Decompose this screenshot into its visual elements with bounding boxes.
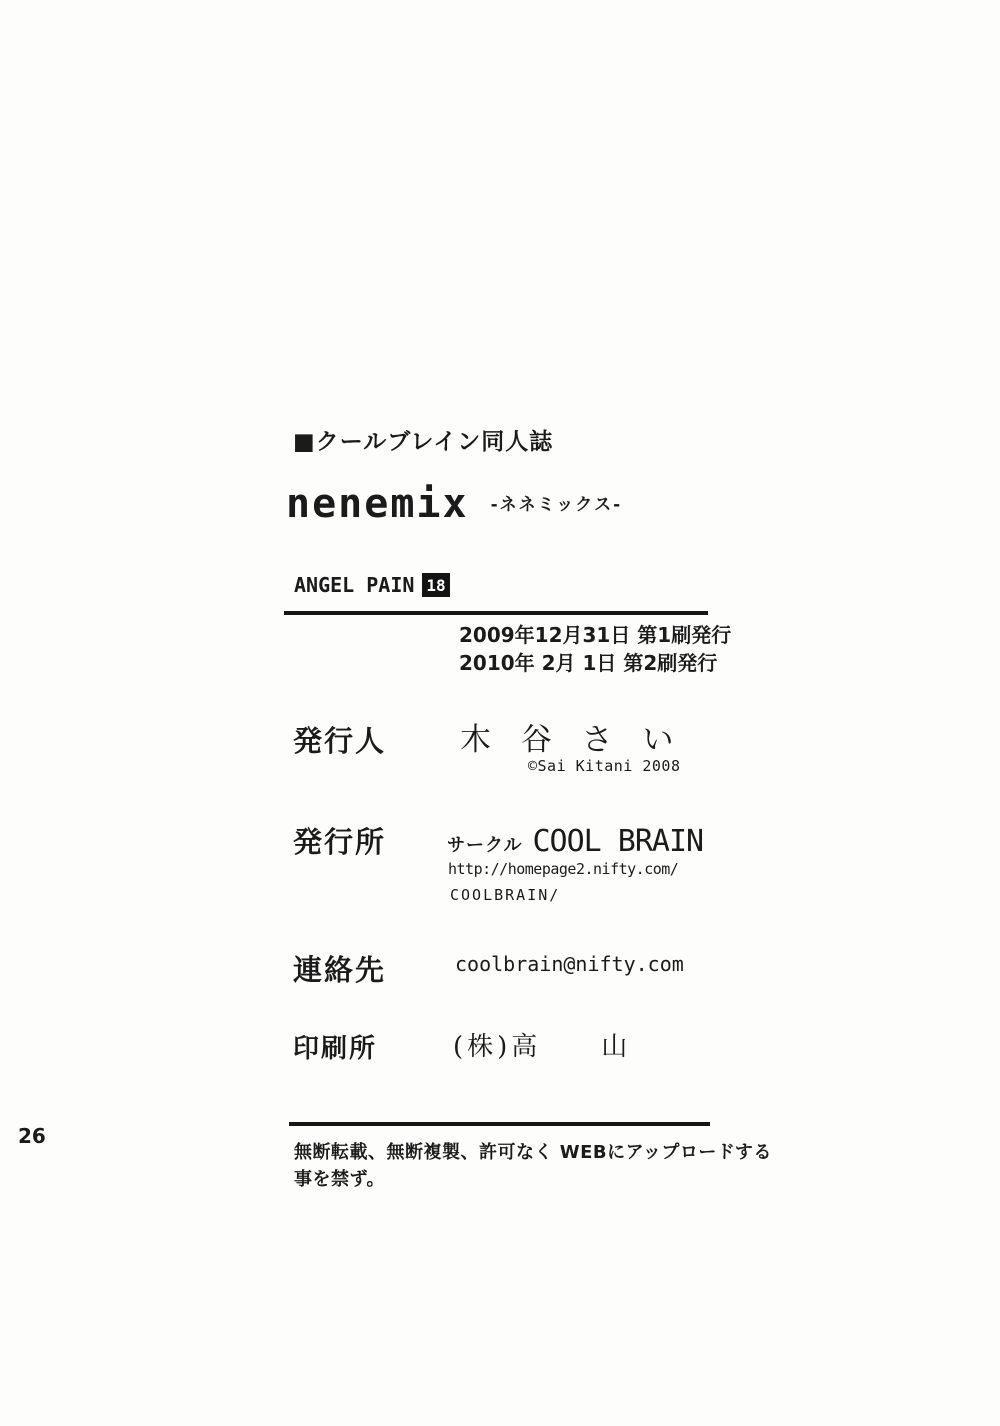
notice-line-2: 事を禁ず。 xyxy=(294,1166,772,1193)
series-number-badge: 18 xyxy=(422,573,449,597)
page-number: 26 xyxy=(18,1124,46,1148)
circle-doujin-heading: ■クールブレイン同人誌 xyxy=(293,423,553,456)
divider-bottom xyxy=(289,1122,710,1126)
contact-email: coolbrain@nifty.com xyxy=(455,952,684,976)
printer-name: (株)高 山 xyxy=(453,1026,631,1063)
circle-prefix: サークル xyxy=(447,831,522,857)
edition-dates: 2009年12月31日 第1刷発行 2010年 2月 1日 第2刷発行 xyxy=(459,621,731,677)
edition-line-second: 2010年 2月 1日 第2刷発行 xyxy=(459,649,731,677)
book-title: nenemix xyxy=(286,481,469,527)
series-row: ANGEL PAIN18 xyxy=(294,573,450,597)
colophon-page: ■クールブレイン同人誌 nenemix-ネネミックス- ANGEL PAIN18… xyxy=(0,0,1000,1426)
publisher-name: 木 谷 さ い xyxy=(460,714,684,759)
series-name: ANGEL PAIN xyxy=(294,573,414,597)
reproduction-notice: 無断転載、無断複製、許可なく WEBにアップロードする 事を禁ず。 xyxy=(294,1139,772,1193)
label-printer: 印刷所 xyxy=(293,1028,377,1065)
divider-top xyxy=(284,611,708,615)
circle-url-line1: http://homepage2.nifty.com/ xyxy=(448,860,678,878)
book-title-kana: -ネネミックス- xyxy=(491,495,623,515)
label-contact: 連絡先 xyxy=(293,948,386,989)
circle-name: COOL BRAIN xyxy=(532,824,703,859)
circle-value-row: サークル COOL BRAIN xyxy=(447,824,703,859)
label-publishing-office: 発行所 xyxy=(293,820,386,861)
copyright-line: ©Sai Kitani 2008 xyxy=(528,757,681,775)
edition-line-first: 2009年12月31日 第1刷発行 xyxy=(459,621,731,649)
circle-url-line2: COOLBRAIN/ xyxy=(450,886,560,904)
label-publisher: 発行人 xyxy=(293,719,386,760)
title-row: nenemix-ネネミックス- xyxy=(286,481,622,527)
notice-line-1: 無断転載、無断複製、許可なく WEBにアップロードする xyxy=(294,1139,772,1166)
